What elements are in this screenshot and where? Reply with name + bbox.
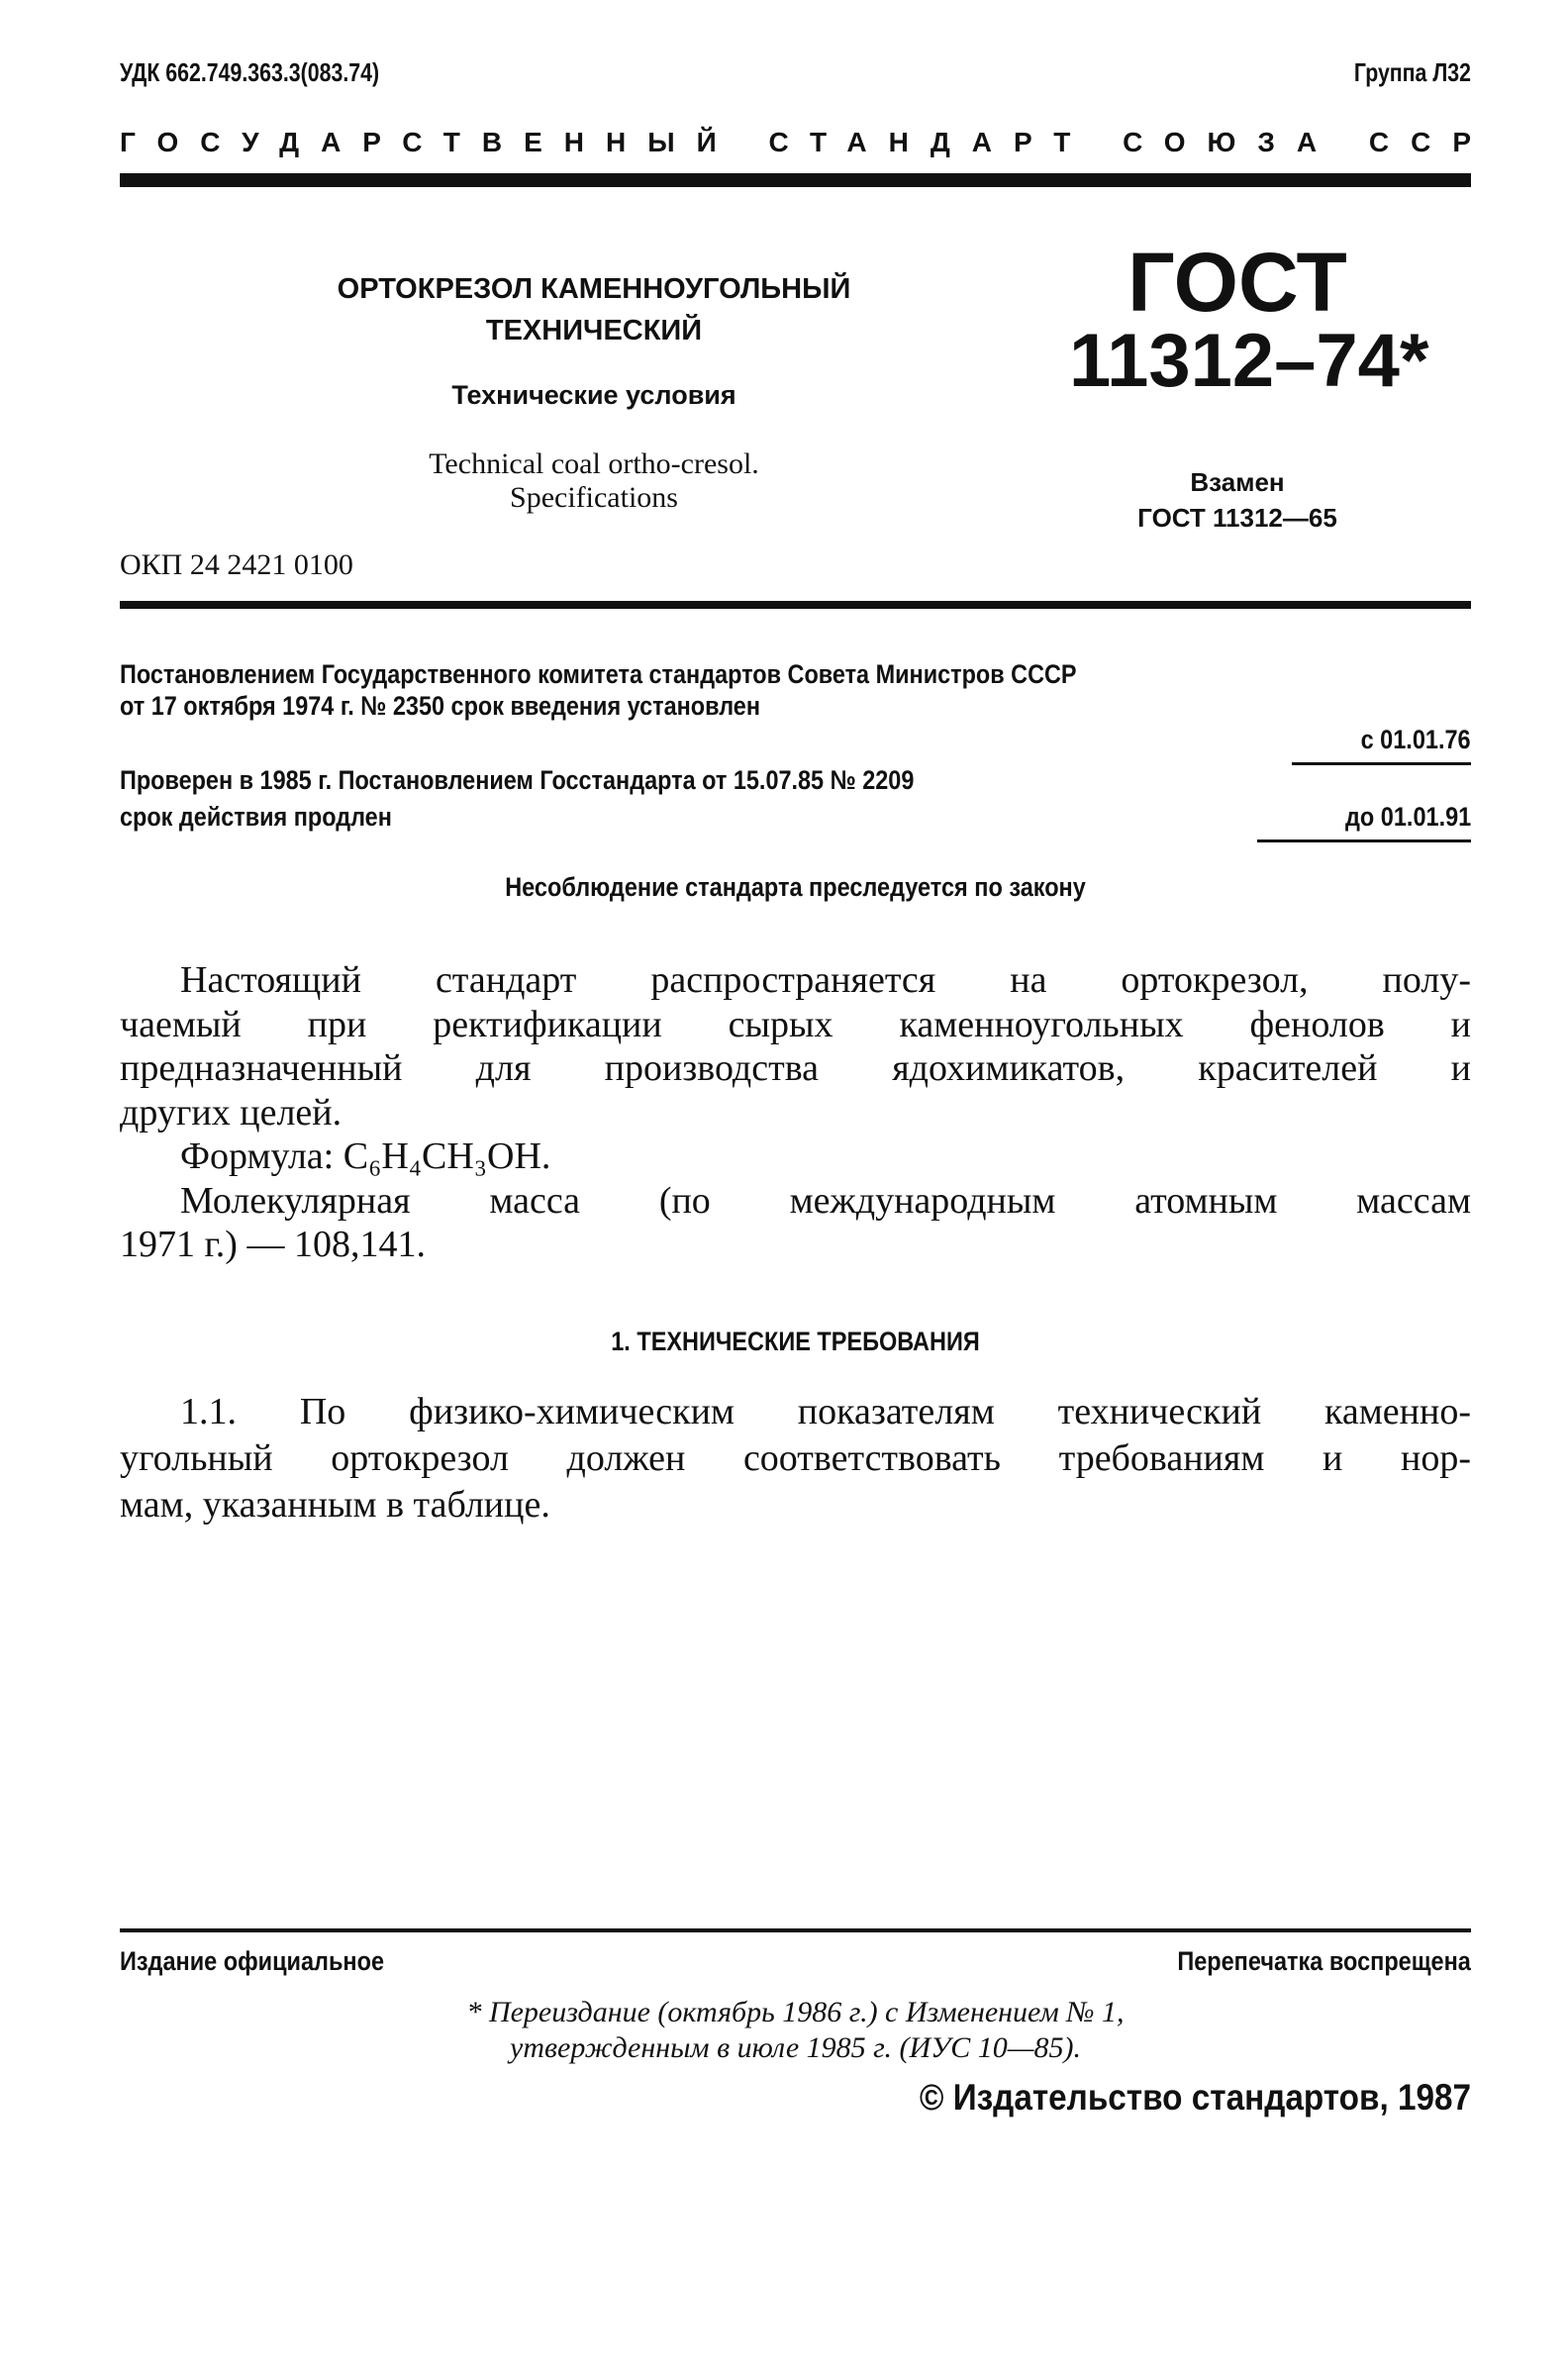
section-line: угольный ортокрезол должен соответствова… [120, 1435, 1471, 1482]
decree-line-1: Постановлением Государственного комитета… [120, 659, 1077, 690]
title-block-rule [120, 601, 1471, 609]
molecular-mass-line-2: 1971 г.) — 108,141. [120, 1223, 1471, 1267]
gost-number: 11312–74* [1069, 319, 1406, 404]
group-code: Группа Л32 [1354, 57, 1471, 88]
legal-warning: Несоблюдение стандарта преследуется по з… [208, 872, 1384, 903]
decree-line-2: от 17 октября 1974 г. № 2350 срок введен… [120, 691, 760, 722]
replaces-value: ГОСТ 11312—65 [1069, 503, 1406, 534]
formula-label: Формула: [180, 1135, 334, 1177]
chemical-formula: C₆H₄CH₃OH. [343, 1135, 551, 1177]
effective-date-underline [1292, 762, 1471, 765]
banner-state-standard: ГОСУДАРСТВЕННЫЙ СТАНДАРТ СОЮЗА ССР [120, 127, 1471, 160]
okp-code: ОКП 24 2421 0100 [120, 548, 353, 582]
intro-line: предназначенный для производства ядохими… [120, 1046, 1471, 1091]
english-title-line-1: Technical coal ortho-cresol. [238, 447, 950, 481]
reissue-note-line-1: * Переиздание (октябрь 1986 г.) с Измене… [120, 1996, 1471, 2029]
header-thick-rule [120, 173, 1471, 187]
intro-line: Настоящий стандарт распространяется на о… [120, 958, 1471, 1003]
decree-line-4: срок действия продлен [120, 802, 392, 833]
section-line: 1.1. По физико-химическим показателям те… [120, 1389, 1471, 1435]
section-line: мам, указанным в таблице. [120, 1482, 1471, 1529]
english-title-line-2: Specifications [238, 481, 950, 515]
extended-date: до 01.01.91 [1345, 802, 1471, 833]
section-heading: 1. ТЕХНИЧЕСКИЕ ТРЕБОВАНИЯ [208, 1327, 1384, 1357]
reprint-prohibited: Перепечатка воспрещена [1177, 1946, 1471, 1977]
banner-word: СТАНДАРТ [769, 127, 1093, 160]
replaces-label: Взамен [1069, 467, 1406, 498]
intro-paragraph: Настоящий стандарт распространяется на о… [120, 958, 1471, 1267]
banner-word: ССР [1369, 127, 1493, 160]
title-line-1: ОРТОКРЕЗОЛ КАМЕННОУГОЛЬНЫЙ [238, 273, 950, 306]
title-line-2: ТЕХНИЧЕСКИЙ [238, 315, 950, 347]
subtitle: Технические условия [238, 380, 950, 411]
copyright: © Издательство стандартов, 1987 [920, 2077, 1471, 2119]
decree-line-3: Проверен в 1985 г. Постановлением Госста… [120, 765, 914, 796]
intro-line: чаемый при ректификации сырых каменноуго… [120, 1003, 1471, 1047]
udk-code: УДК 662.749.363.3(083.74) [120, 57, 379, 88]
effective-date: с 01.01.76 [1361, 725, 1471, 755]
gost-label: ГОСТ [1069, 238, 1406, 327]
banner-word: ГОСУДАРСТВЕННЫЙ [120, 127, 738, 160]
official-edition: Издание официальное [120, 1946, 384, 1977]
banner-word: СОЮЗА [1123, 127, 1338, 160]
footer-rule [120, 1928, 1471, 1932]
reissue-note-line-2: утвержденным в июле 1985 г. (ИУС 10—85). [120, 2031, 1471, 2065]
intro-line: других целей. [120, 1091, 1471, 1135]
section-1-paragraph: 1.1. По физико-химическим показателям те… [120, 1389, 1471, 1529]
molecular-mass-line-1: Молекулярная масса (по международным ато… [120, 1179, 1471, 1224]
extended-date-underline [1257, 839, 1471, 842]
formula-line: Формула: C₆H₄CH₃OH. [120, 1134, 1471, 1179]
